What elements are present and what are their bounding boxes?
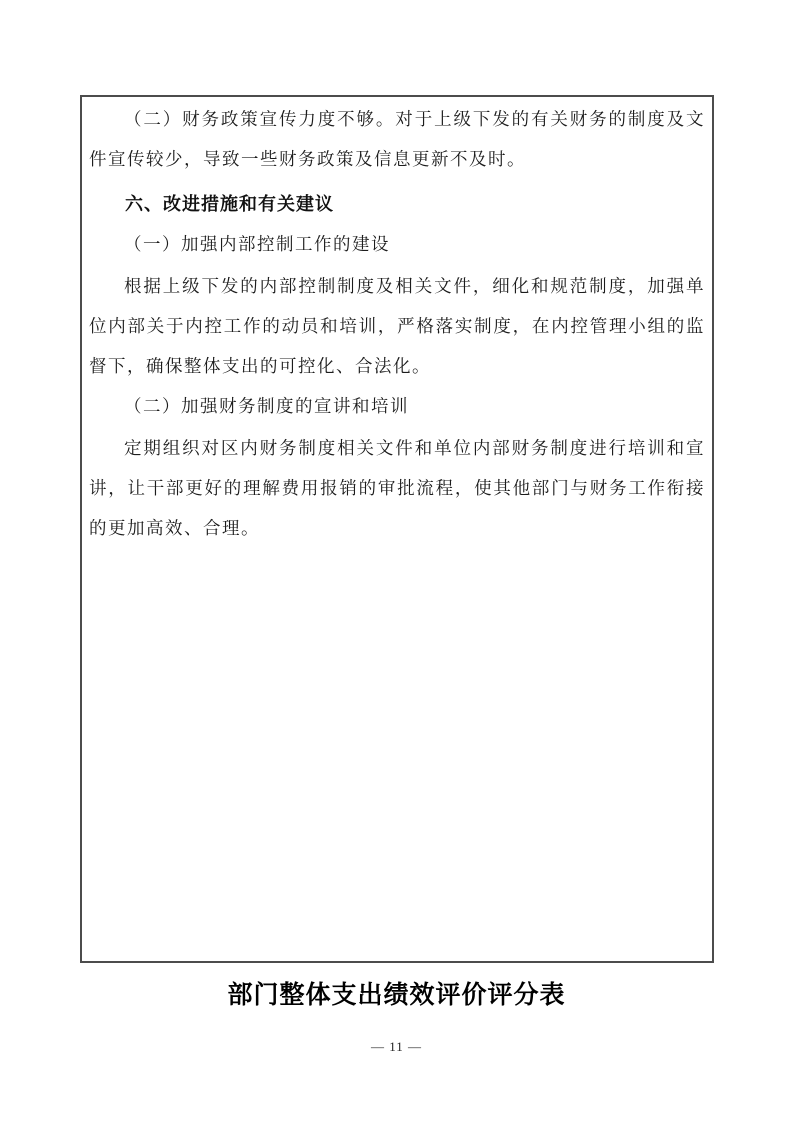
paragraph-financial-policy-issue: （二）财务政策宣传力度不够。对于上级下发的有关财务的制度及文件宣传较少，导致一些… xyxy=(89,99,705,179)
section-heading-improvement-measures: 六、改进措施和有关建议 xyxy=(89,184,705,224)
paragraph-financial-training-detail: 定期组织对区内财务制度相关文件和单位内部财务制度进行培训和宣讲，让干部更好的理解… xyxy=(89,428,705,548)
document-page: （二）财务政策宣传力度不够。对于上级下发的有关财务的制度及文件宣传较少，导致一些… xyxy=(0,0,793,1122)
score-table-title: 部门整体支出绩效评价评分表 xyxy=(0,981,793,1011)
page-number: — 11 — xyxy=(0,1038,793,1056)
paragraph-internal-control-detail: 根据上级下发的内部控制制度及相关文件，细化和规范制度，加强单位内部关于内控工作的… xyxy=(89,266,705,386)
paragraph-subheading-internal-control: （一）加强内部控制工作的建设 xyxy=(89,224,705,264)
bordered-text-box: （二）财务政策宣传力度不够。对于上级下发的有关财务的制度及文件宣传较少，导致一些… xyxy=(80,95,714,963)
paragraph-subheading-financial-training: （二）加强财务制度的宣讲和培训 xyxy=(89,386,705,426)
